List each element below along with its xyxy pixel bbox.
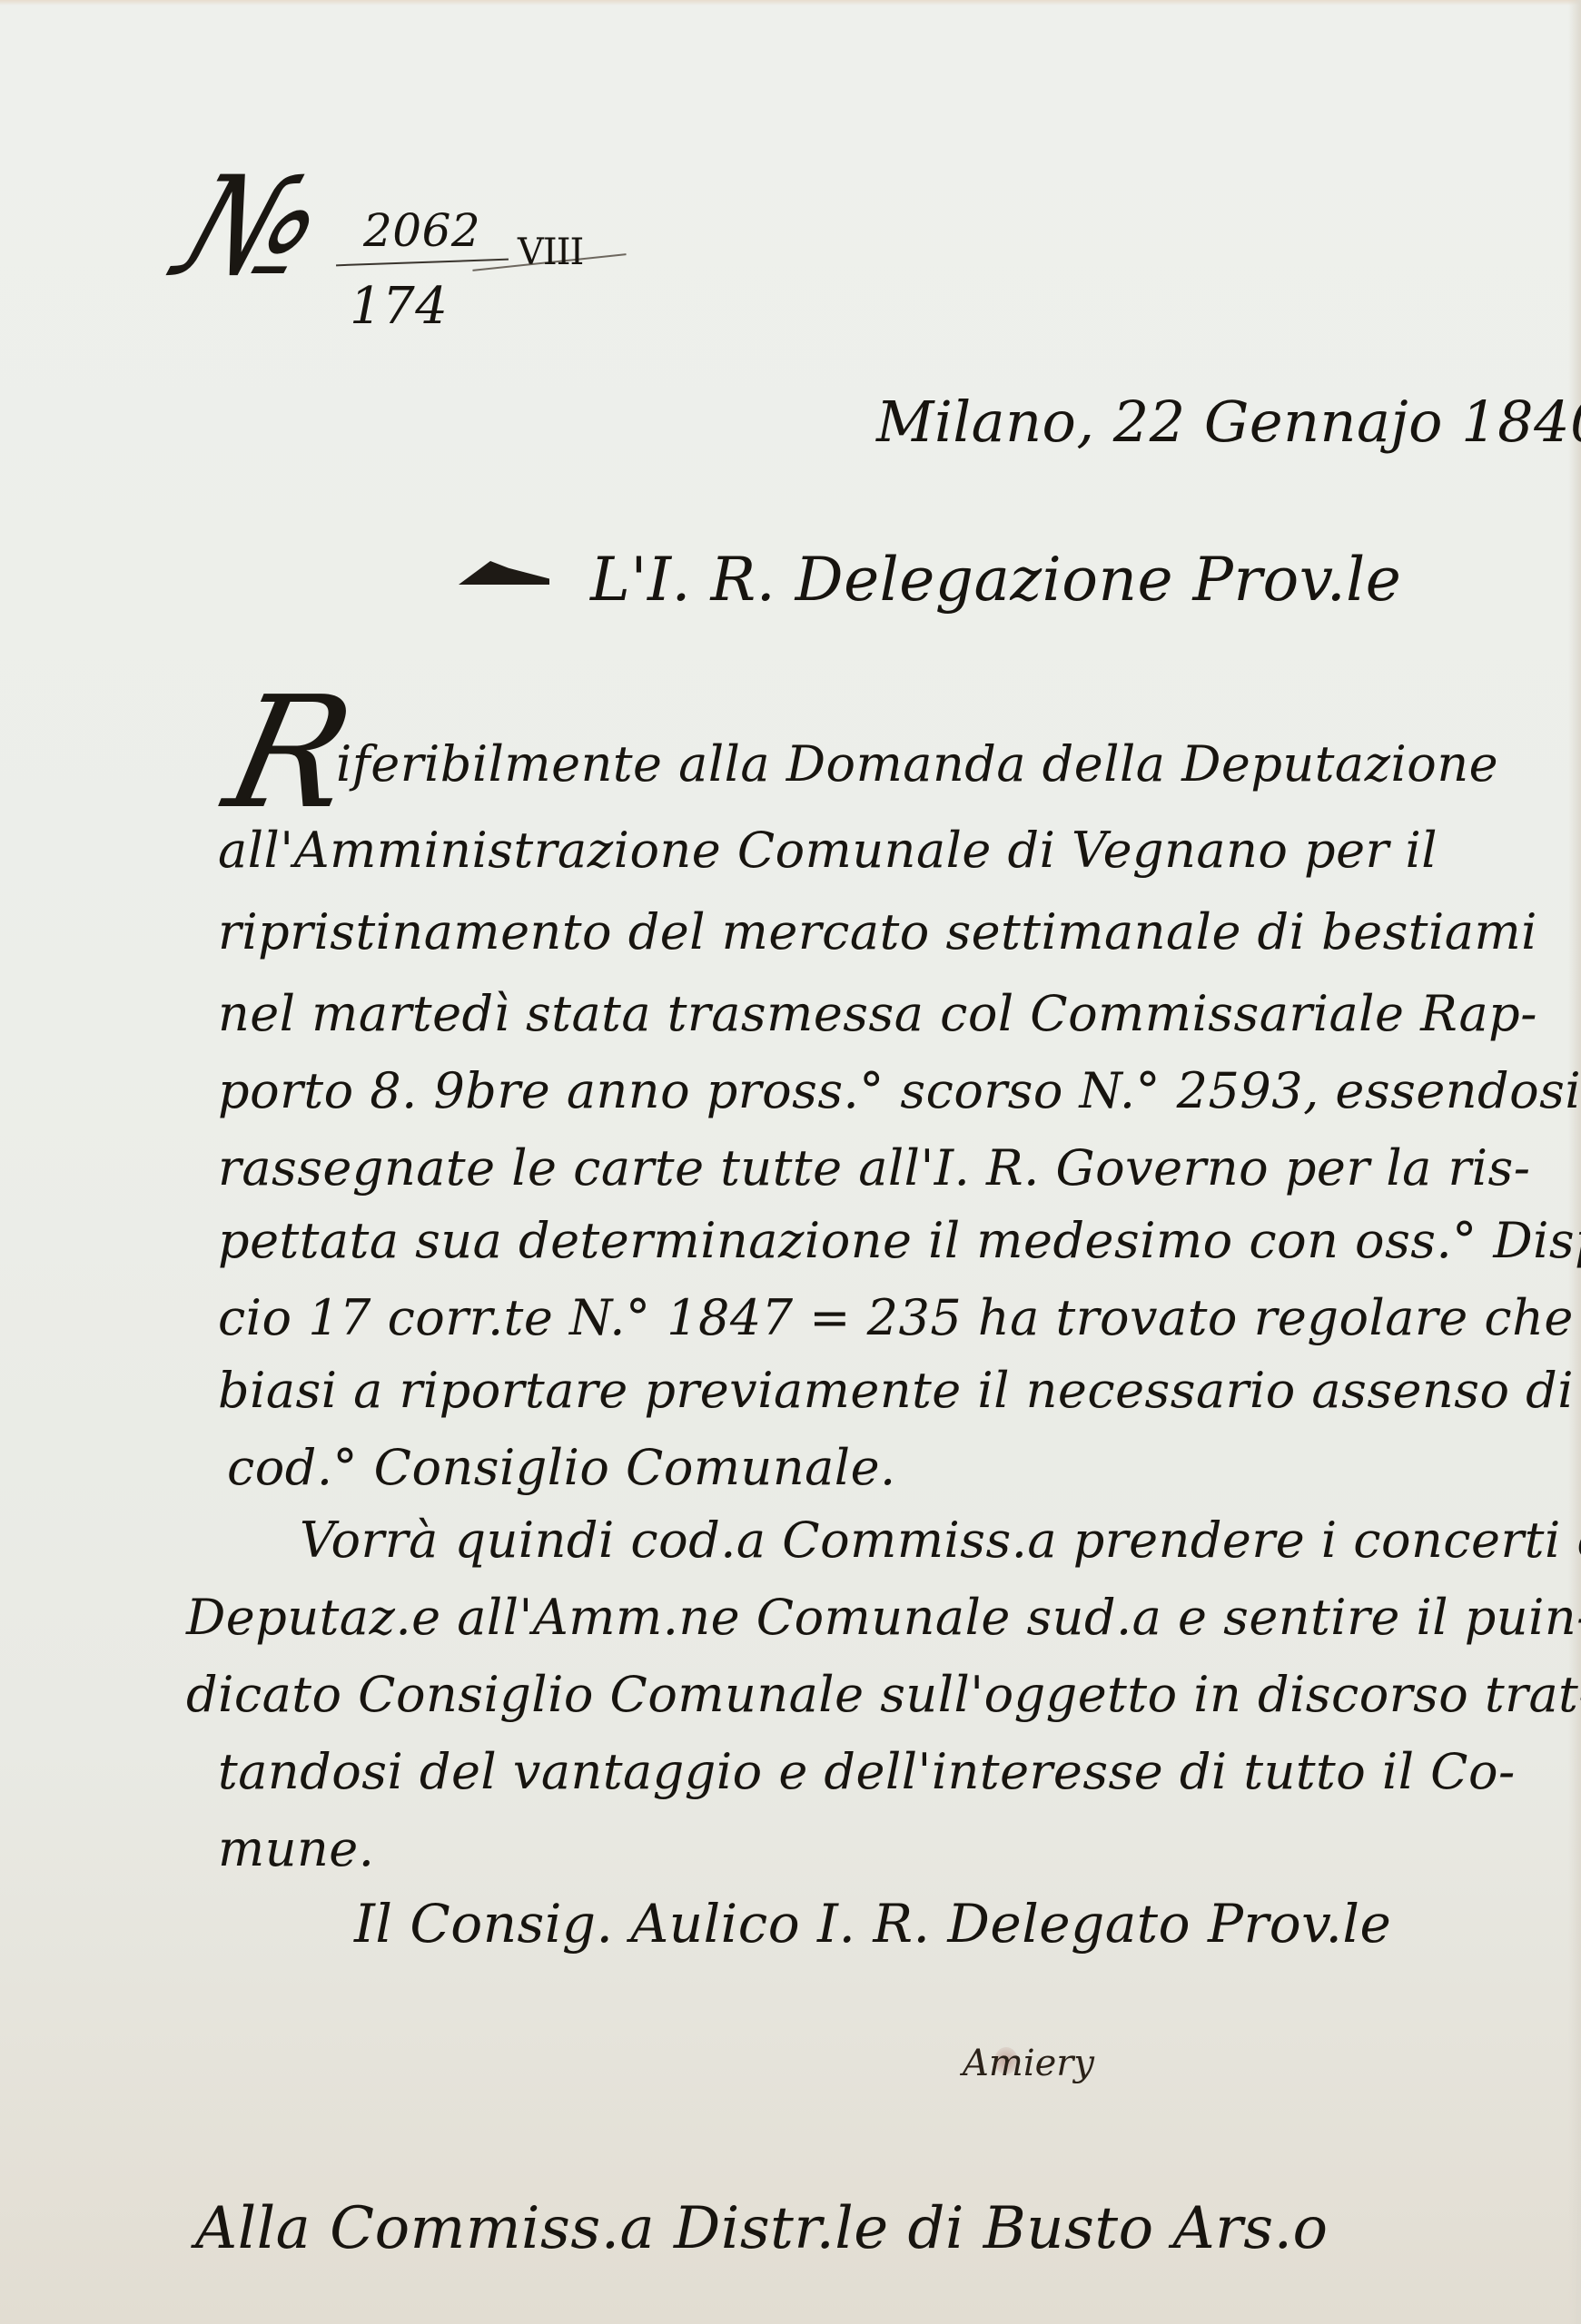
body-line: cod.° Consiglio Comunale. — [227, 1439, 896, 1496]
body-line: tandosi del vantaggio e dell'interesse d… — [218, 1743, 1516, 1800]
body-line: mune. — [218, 1820, 374, 1877]
body-line: Deputaz.e all'Amm.ne Comunale sud.a e se… — [186, 1589, 1581, 1646]
addressee-line: L'I. R. Delegazione Prov.le — [590, 545, 1401, 615]
protocol-number: 2062 — [363, 204, 480, 257]
date-line: Milano, 22 Gennajo 1840 — [876, 389, 1581, 455]
body-line: Vorrà quindi cod.a Commiss.a prendere i … — [300, 1512, 1581, 1569]
addressee-flourish — [459, 561, 549, 585]
paper-edge-top — [0, 0, 1581, 5]
body-line: ripristinamento del mercato settimanale … — [218, 903, 1537, 960]
body-line: porto 8. 9bre anno pross.° scorso N.° 25… — [218, 1062, 1581, 1119]
recipient-line: Alla Commiss.a Distr.le di Busto Ars.o — [195, 2195, 1328, 2262]
signature: Amiery — [963, 2043, 1094, 2084]
body-line: pettata sua determinazione il medesimo c… — [218, 1212, 1581, 1269]
signoff-line: Il Consig. Aulico I. R. Delegato Prov.le — [354, 1893, 1391, 1955]
protocol-sub-number: 174 — [350, 277, 448, 336]
body-line: nel martedì stata trasmessa col Commissa… — [218, 985, 1537, 1042]
body-line: rassegnate le carte tutte all'I. R. Gove… — [218, 1139, 1531, 1196]
protocol-section: VIII — [518, 231, 583, 273]
body-line: biasi a riportare previamente il necessa… — [218, 1362, 1574, 1419]
numero-mark: № — [164, 159, 338, 295]
paper-edge-right — [1568, 0, 1581, 2324]
body-line: cio 17 corr.te N.° 1847 = 235 ha trovato… — [218, 1289, 1581, 1346]
body-line: all'Amministrazione Comunale di Vegnano … — [218, 822, 1438, 879]
protocol-fraction-rule — [336, 259, 509, 267]
body-line: iferibilmente alla Domanda della Deputaz… — [336, 735, 1498, 793]
body-line: dicato Consiglio Comunale sull'oggetto i… — [186, 1666, 1581, 1723]
